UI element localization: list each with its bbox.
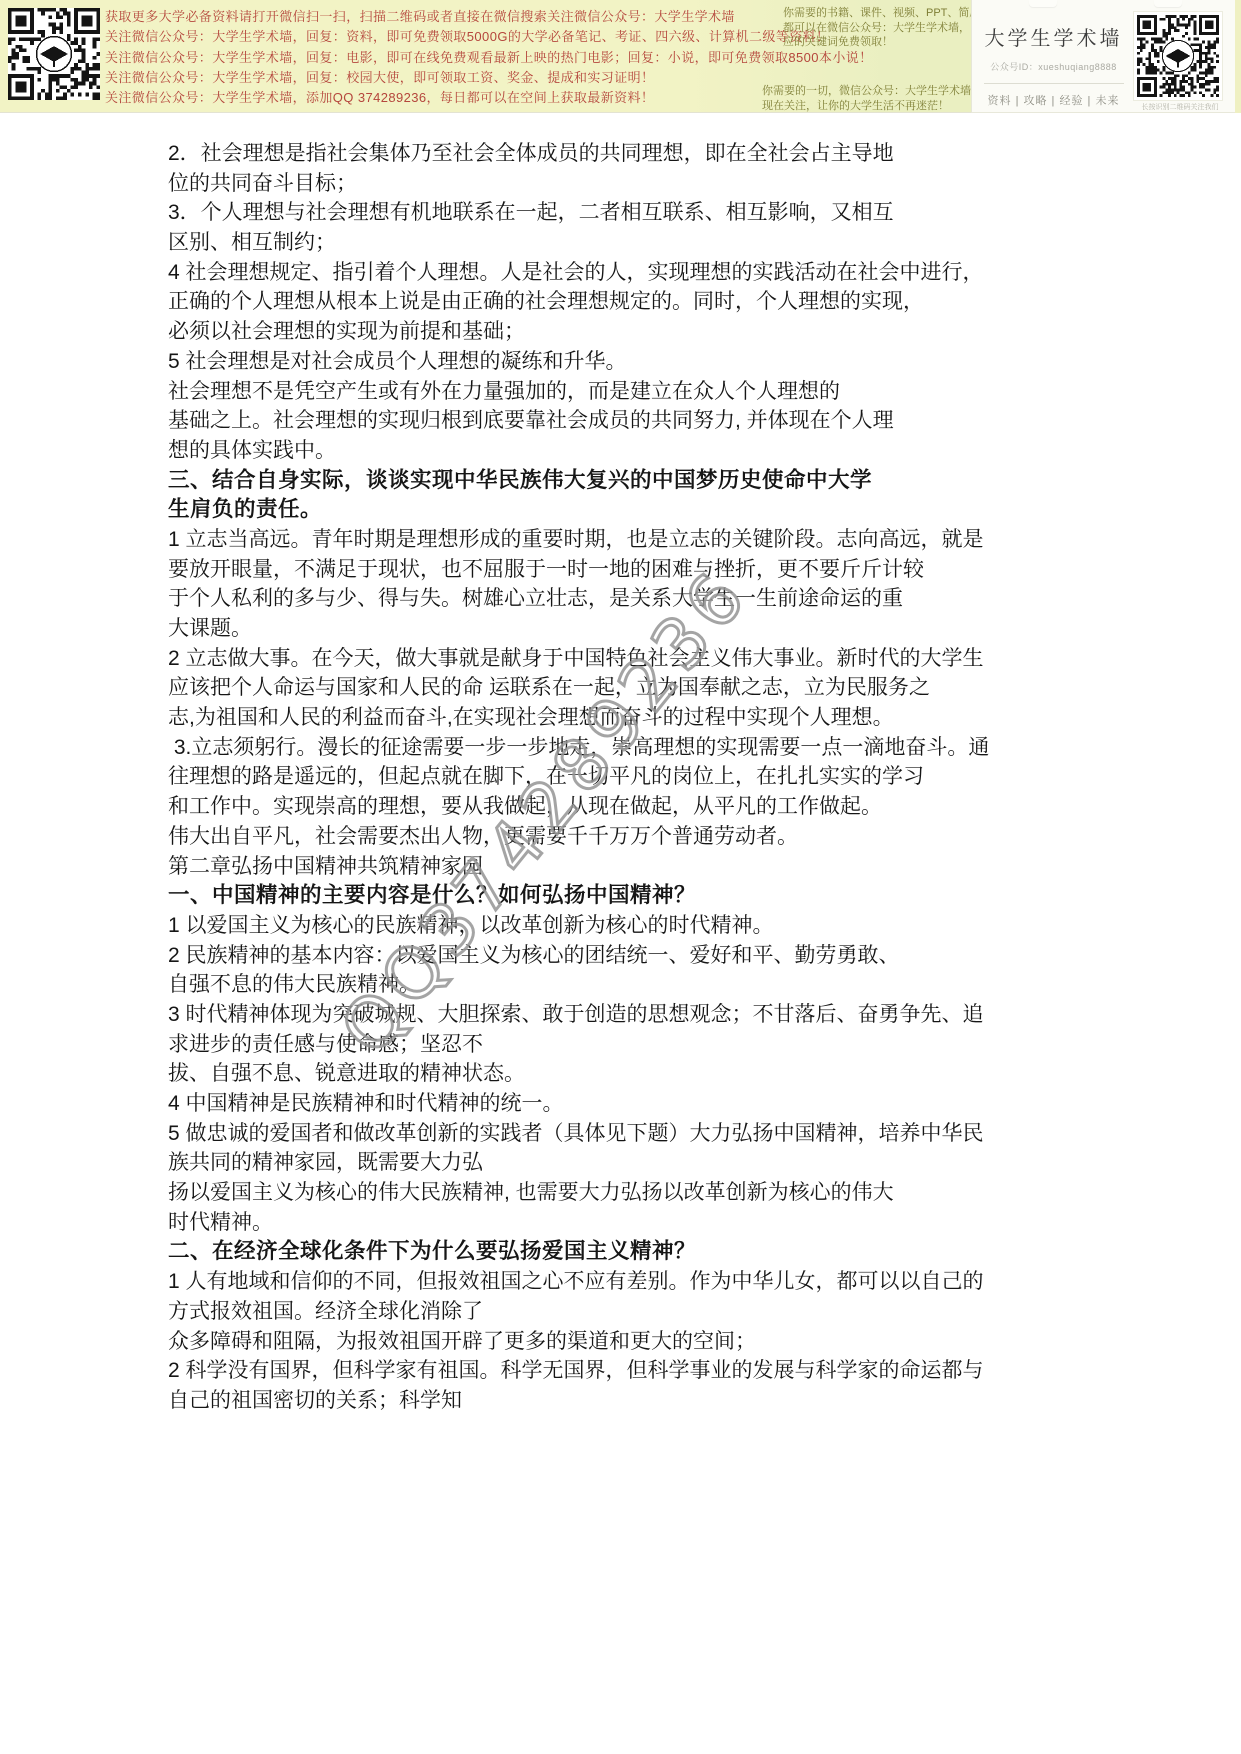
document-line: 众多障碍和阻隔，为报效祖国开辟了更多的渠道和更大的空间； <box>168 1327 980 1357</box>
document-line: 族共同的精神家园，既需要大力弘 <box>168 1148 980 1178</box>
document-line: 自强不息的伟大民族精神。 <box>168 970 980 1000</box>
document-line: 自己的祖国密切的关系；科学知 <box>168 1386 980 1416</box>
promo-line: 关注微信公众号：大学生学术墙，回复：资料，即可免费领取5000G的大学必备笔记、… <box>105 27 825 47</box>
document-line: 社会理想不是凭空产生或有外在力量强加的，而是建立在众人个人理想的 <box>168 377 980 407</box>
document-line: 2 民族精神的基本内容：以爱国主义为核心的团结统一、爱好和平、勤劳勇敢、 <box>168 941 980 971</box>
document-line: 2 立志做大事。在今天，做大事就是献身于中国特色社会主义伟大事业。新时代的大学生 <box>168 644 980 674</box>
promo-line: 关注微信公众号：大学生学术墙，回复：电影，即可在线免费观看最新上映的热门电影；回… <box>105 48 825 68</box>
qr-code-left <box>8 6 100 102</box>
divider <box>984 83 1124 84</box>
document-line: 2 科学没有国界，但科学家有祖国。科学无国界，但科学事业的发展与科学家的命运都与 <box>168 1356 980 1386</box>
document-line: 方式报效祖国。经济全球化消除了 <box>168 1297 980 1327</box>
document-line: 生肩负的责任。 <box>168 495 980 525</box>
document-line: 必须以社会理想的实现为前提和基础； <box>168 317 980 347</box>
document-line: 位的共同奋斗目标； <box>168 169 980 199</box>
brand-tags: 资料 | 攻略 | 经验 | 未来 <box>972 92 1135 108</box>
brand-title: 大学生学术墙 <box>972 22 1135 51</box>
document-line: 区别、相互制约； <box>168 228 980 258</box>
document-line: 第二章弘扬中国精神共筑精神家园 <box>168 852 980 882</box>
brand-account-id: 公众号ID：xueshuqiang8888 <box>972 60 1135 73</box>
document-line: 和工作中。实现崇高的理想，要从我做起，从现在做起，从平凡的工作做起。 <box>168 792 980 822</box>
document-line: 求进步的责任感与使命感；坚忍不 <box>168 1030 980 1060</box>
qr-code-right <box>1134 12 1222 100</box>
document-line: 3 时代精神体现为突破城规、大胆探索、敢于创造的思想观念；不甘落后、奋勇争先、追 <box>168 1000 980 1030</box>
document-line: 伟大出自平凡，社会需要杰出人物，更需要千千万万个普通劳动者。 <box>168 822 980 852</box>
document-line: 大课题。 <box>168 614 980 644</box>
document-line: 4 社会理想规定、指引着个人理想。人是社会的人，实现理想的实践活动在社会中进行， <box>168 258 980 288</box>
document-line: 想的具体实践中。 <box>168 436 980 466</box>
document-line: 4 中国精神是民族精神和时代精神的统一。 <box>168 1089 980 1119</box>
notice-line: 你需要的书籍、课件、视频、PPT、简历模板 <box>783 6 983 21</box>
brand-info: 大学生学术墙 公众号ID：xueshuqiang8888 资料 | 攻略 | 经… <box>972 0 1135 113</box>
document-line: 5 做忠诚的爱国者和做改革创新的实践者（具体见下题）大力弘扬中国精神，培养中华民 <box>168 1119 980 1149</box>
document-line: 一、中国精神的主要内容是什么？如何弘扬中国精神？ <box>168 881 980 911</box>
promo-header: 获取更多大学必备资料请打开微信扫一扫，扫描二维码或者直接在微信搜索关注微信公众号… <box>0 0 1241 113</box>
notice-block-books: 你需要的书籍、课件、视频、PPT、简历模板都可以在微信公众号：大学生学术墙，回复… <box>783 6 983 50</box>
notice-line: 你需要的一切，微信公众号：大学生学术墙，都有！ <box>762 84 992 99</box>
notice-line: 应的关键词免费领取！ <box>783 35 983 50</box>
document-line: 2．社会理想是指社会集体乃至社会全体成员的共同理想，即在全社会占主导地 <box>168 139 980 169</box>
document-line: 1 立志当高远。青年时期是理想形成的重要时期，也是立志的关键阶段。志向高远，就是 <box>168 525 980 555</box>
document-page: 获取更多大学必备资料请打开微信扫一扫，扫描二维码或者直接在微信搜索关注微信公众号… <box>0 0 1241 1754</box>
document-line: 基础之上。社会理想的实现归根到底要靠社会成员的共同努力, 并体现在个人理 <box>168 406 980 436</box>
document-line: 于个人私利的多与少、得与失。树雄心立壮志，是关系大学生一生前途命运的重 <box>168 584 980 614</box>
document-line: 拔、自强不息、锐意进取的精神状态。 <box>168 1059 980 1089</box>
card-tab-decoration <box>1154 0 1182 7</box>
promo-text-block: 获取更多大学必备资料请打开微信扫一扫，扫描二维码或者直接在微信搜索关注微信公众号… <box>105 7 825 108</box>
document-line: 扬以爱国主义为核心的伟大民族精神, 也需要大力弘扬以改革创新为核心的伟大 <box>168 1178 980 1208</box>
document-line: 三、结合自身实际，谈谈实现中华民族伟大复兴的中国梦历史使命中大学 <box>168 466 980 496</box>
document-line: 1 人有地域和信仰的不同，但报效祖国之心不应有差别。作为中华儿女，都可以以自己的 <box>168 1267 980 1297</box>
document-line: 要放开眼量，不满足于现状，也不屈服于一时一地的困难与挫折，更不要斤斤计较 <box>168 555 980 585</box>
brand-card: 大学生学术墙 公众号ID：xueshuqiang8888 资料 | 攻略 | 经… <box>971 0 1235 113</box>
promo-line: 关注微信公众号：大学生学术墙，添加QQ 374289236，每日都可以在空间上获… <box>105 88 825 108</box>
promo-line: 关注微信公众号：大学生学术墙，回复：校园大使，即可领取工资、奖金、提成和实习证明… <box>105 68 825 88</box>
header-edge-strip <box>1235 0 1241 113</box>
notice-block-everything: 你需要的一切，微信公众号：大学生学术墙，都有！现在关注，让你的大学生活不再迷茫！ <box>762 84 992 113</box>
qr-caption: 长按识别二维码关注我们 <box>1134 102 1226 112</box>
document-line: 应该把个人命运与国家和人民的命 运联系在一起，立为国奉献之志，立为民服务之 <box>168 673 980 703</box>
document-line: 5 社会理想是对社会成员个人理想的凝练和升华。 <box>168 347 980 377</box>
notice-line: 现在关注，让你的大学生活不再迷茫！ <box>762 99 992 114</box>
document-line: 时代精神。 <box>168 1208 980 1238</box>
document-line: 3．个人理想与社会理想有机地联系在一起，二者相互联系、相互影响，又相互 <box>168 198 980 228</box>
document-line: 志,为祖国和人民的利益而奋斗,在实现社会理想而奋斗的过程中实现个人理想。 <box>168 703 980 733</box>
notice-line: 都可以在微信公众号：大学生学术墙，回复相 <box>783 21 983 36</box>
document-line: 3.立志须躬行。漫长的征途需要一步一步地走，崇高理想的实现需要一点一滴地奋斗。通 <box>168 733 980 763</box>
brand-qr-area: 长按识别二维码关注我们 <box>1134 12 1226 112</box>
document-line: 正确的个人理想从根本上说是由正确的社会理想规定的。同时，个人理想的实现， <box>168 287 980 317</box>
document-body: 2．社会理想是指社会集体乃至社会全体成员的共同理想，即在全社会占主导地位的共同奋… <box>168 139 980 1416</box>
document-line: 1 以爱国主义为核心的民族精神，以改革创新为核心的时代精神。 <box>168 911 980 941</box>
document-line: 二、在经济全球化条件下为什么要弘扬爱国主义精神？ <box>168 1237 980 1267</box>
promo-line: 获取更多大学必备资料请打开微信扫一扫，扫描二维码或者直接在微信搜索关注微信公众号… <box>105 7 825 27</box>
document-line: 往理想的路是遥远的，但起点就在脚下，在一切平凡的岗位上，在扎扎实实的学习 <box>168 762 980 792</box>
